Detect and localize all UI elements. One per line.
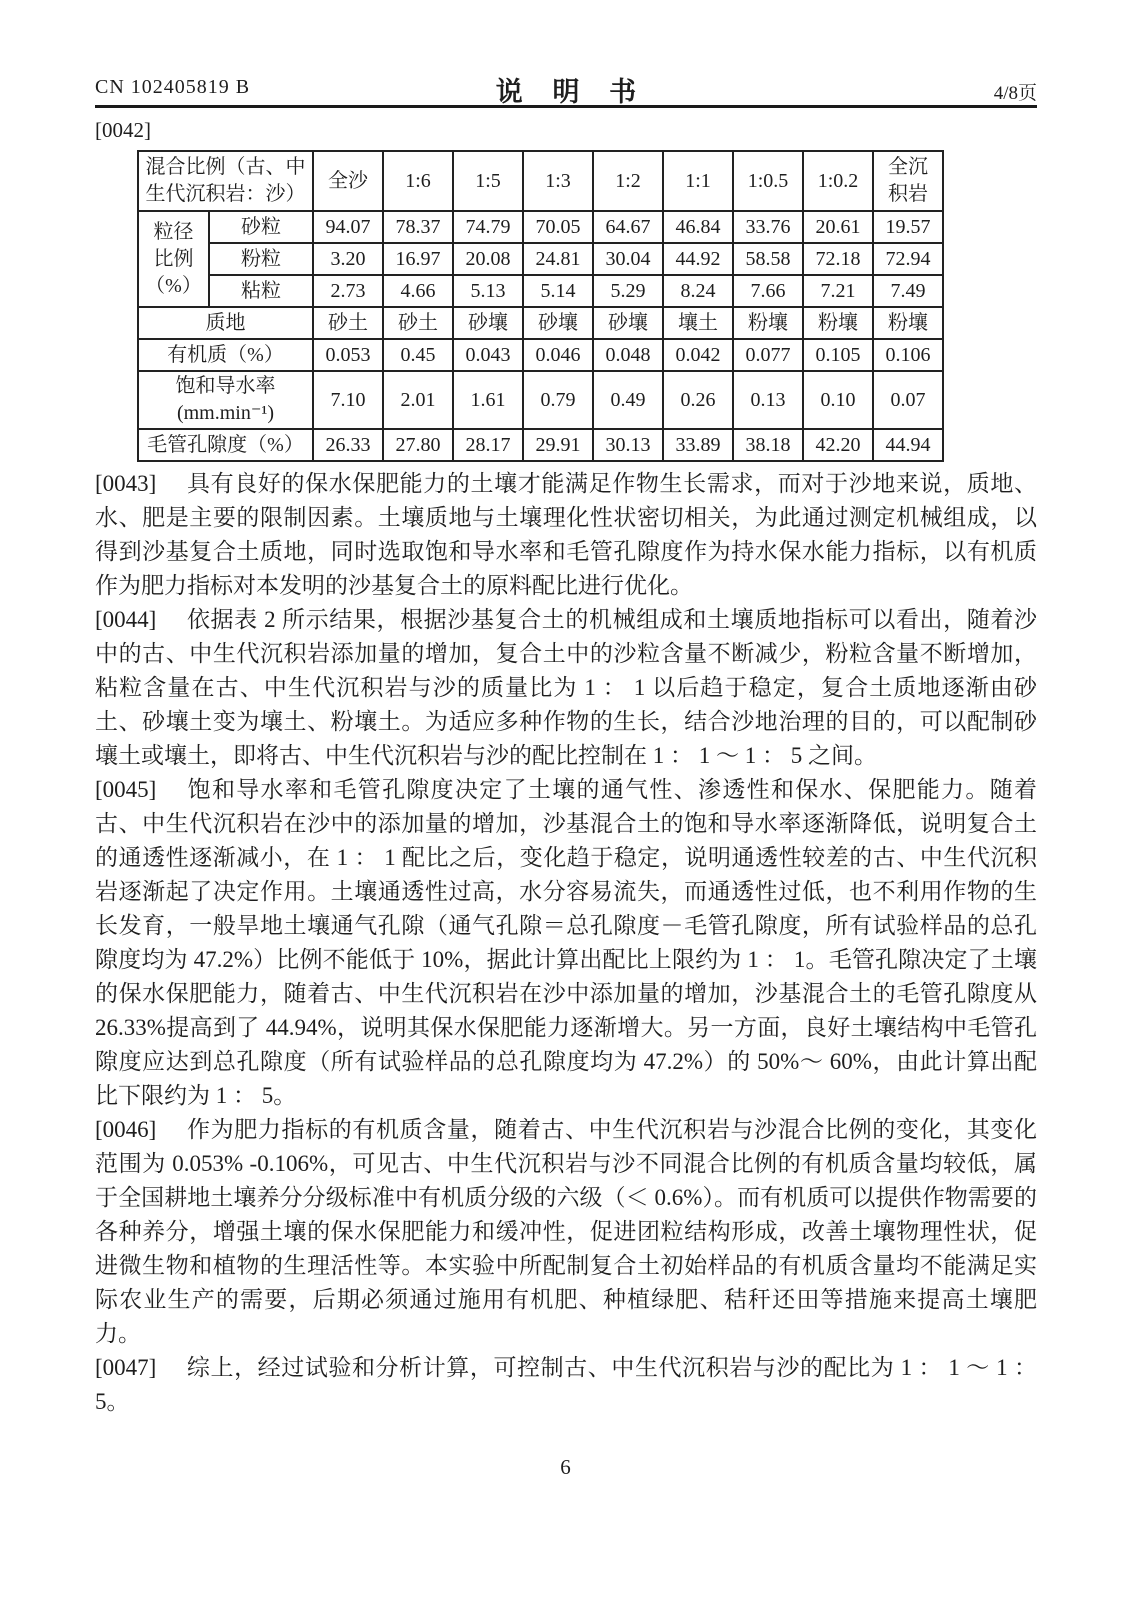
table-cell: 粉壤 xyxy=(733,307,803,339)
table-cell: 33.89 xyxy=(663,429,733,461)
column-header: 1:5 xyxy=(453,151,523,211)
paragraph-text: 综上，经过试验和分析计算，可控制古、中生代沉积岩与沙的配比为 1 ： 1 ～ 1… xyxy=(95,1355,1037,1414)
table-cell: 0.07 xyxy=(873,371,943,429)
table-cell: 7.49 xyxy=(873,275,943,307)
table-cell: 7.66 xyxy=(733,275,803,307)
table-cell: 72.18 xyxy=(803,243,873,275)
table-corner-label: 混合比例（古、中 生代沉积岩：沙） xyxy=(138,151,313,211)
table-cell: 2.73 xyxy=(313,275,383,307)
table-cell: 3.20 xyxy=(313,243,383,275)
table-cell: 74.79 xyxy=(453,211,523,243)
paragraph-tag: [0045] xyxy=(95,773,156,807)
row-label: 粘粒 xyxy=(209,275,313,307)
paragraph-0043: [0043]具有良好的保水保肥能力的土壤才能满足作物生长需求，而对于沙地来说，质… xyxy=(95,467,1037,603)
column-header: 1:0.2 xyxy=(803,151,873,211)
particle-group-label: 粒径 比例 （%） xyxy=(138,211,209,307)
paragraph-text: 依据表 2 所示结果，根据沙基复合土的机械组成和土壤质地指标可以看出，随着沙中的… xyxy=(95,607,1037,768)
table-cell: 94.07 xyxy=(313,211,383,243)
column-header: 1:3 xyxy=(523,151,593,211)
table-cell: 0.26 xyxy=(663,371,733,429)
document-title: 说明书 xyxy=(95,70,1037,109)
table-row-texture: 质地 砂土 砂土 砂壤 砂壤 砂壤 壤土 粉壤 粉壤 粉壤 xyxy=(138,307,943,339)
page-header: CN 102405819 B 说明书 4/8页 xyxy=(95,70,1037,104)
page-number: 6 xyxy=(0,1455,1131,1480)
table-cell: 4.66 xyxy=(383,275,453,307)
paragraph-tag-0042: [0042] xyxy=(95,118,151,143)
paragraph-0046: [0046]作为肥力指标的有机质含量，随着古、中生代沉积岩与沙混合比例的变化，其… xyxy=(95,1113,1037,1351)
table-cell: 8.24 xyxy=(663,275,733,307)
table-cell: 0.042 xyxy=(663,339,733,371)
paragraph-tag: [0044] xyxy=(95,603,156,637)
table-cell: 44.94 xyxy=(873,429,943,461)
table-cell: 粉壤 xyxy=(873,307,943,339)
column-header: 1:6 xyxy=(383,151,453,211)
table-cell: 砂壤 xyxy=(593,307,663,339)
table-cell: 19.57 xyxy=(873,211,943,243)
paragraph-tag: [0047] xyxy=(95,1351,156,1385)
table-cell: 0.105 xyxy=(803,339,873,371)
table-cell: 0.79 xyxy=(523,371,593,429)
table-cell: 粉壤 xyxy=(803,307,873,339)
table-cell: 30.13 xyxy=(593,429,663,461)
table-cell: 壤土 xyxy=(663,307,733,339)
table-cell: 0.053 xyxy=(313,339,383,371)
table-cell: 72.94 xyxy=(873,243,943,275)
table-row-sand-particle: 粒径 比例 （%） 砂粒 94.07 78.37 74.79 70.05 64.… xyxy=(138,211,943,243)
table-row-organic-matter: 有机质（%） 0.053 0.45 0.043 0.046 0.048 0.04… xyxy=(138,339,943,371)
table-row-capillary-porosity: 毛管孔隙度（%） 26.33 27.80 28.17 29.91 30.13 3… xyxy=(138,429,943,461)
table-cell: 38.18 xyxy=(733,429,803,461)
table-cell: 78.37 xyxy=(383,211,453,243)
table-cell: 30.04 xyxy=(593,243,663,275)
table-cell: 20.61 xyxy=(803,211,873,243)
table-cell: 砂土 xyxy=(383,307,453,339)
paragraph-0047: [0047]综上，经过试验和分析计算，可控制古、中生代沉积岩与沙的配比为 1 ：… xyxy=(95,1351,1037,1419)
column-header: 全沙 xyxy=(313,151,383,211)
table-cell: 16.97 xyxy=(383,243,453,275)
table-cell: 砂壤 xyxy=(523,307,593,339)
table-row-hydraulic-conductivity: 饱和导水率 (mm.min⁻¹) 7.10 2.01 1.61 0.79 0.4… xyxy=(138,371,943,429)
table-cell: 26.33 xyxy=(313,429,383,461)
page-indicator: 4/8页 xyxy=(994,78,1037,105)
table-cell: 58.58 xyxy=(733,243,803,275)
table-cell: 0.048 xyxy=(593,339,663,371)
header-divider xyxy=(95,105,1037,108)
column-header: 1:1 xyxy=(663,151,733,211)
paragraph-text: 作为肥力指标的有机质含量，随着古、中生代沉积岩与沙混合比例的变化，其变化范围为 … xyxy=(95,1117,1037,1346)
table-header-row: 混合比例（古、中 生代沉积岩：沙） 全沙 1:6 1:5 1:3 1:2 1:1… xyxy=(138,151,943,211)
table-cell: 5.13 xyxy=(453,275,523,307)
row-label: 砂粒 xyxy=(209,211,313,243)
paragraph-0044: [0044]依据表 2 所示结果，根据沙基复合土的机械组成和土壤质地指标可以看出… xyxy=(95,603,1037,773)
table-cell: 64.67 xyxy=(593,211,663,243)
table-cell: 29.91 xyxy=(523,429,593,461)
table-cell: 7.10 xyxy=(313,371,383,429)
table-cell: 5.14 xyxy=(523,275,593,307)
table-cell: 46.84 xyxy=(663,211,733,243)
table-cell: 44.92 xyxy=(663,243,733,275)
column-header: 全沉 积岩 xyxy=(873,151,943,211)
row-label: 毛管孔隙度（%） xyxy=(138,429,313,461)
table-cell: 70.05 xyxy=(523,211,593,243)
column-header: 1:2 xyxy=(593,151,663,211)
table-cell: 28.17 xyxy=(453,429,523,461)
table-cell: 33.76 xyxy=(733,211,803,243)
table-cell: 20.08 xyxy=(453,243,523,275)
table-cell: 0.45 xyxy=(383,339,453,371)
row-label: 质地 xyxy=(138,307,313,339)
column-header: 1:0.5 xyxy=(733,151,803,211)
table-cell: 砂土 xyxy=(313,307,383,339)
table-cell: 24.81 xyxy=(523,243,593,275)
paragraph-tag: [0043] xyxy=(95,467,156,501)
table-cell: 1.61 xyxy=(453,371,523,429)
table-cell: 5.29 xyxy=(593,275,663,307)
soil-mixture-table: 混合比例（古、中 生代沉积岩：沙） 全沙 1:6 1:5 1:3 1:2 1:1… xyxy=(137,150,944,462)
table-row-silt-particle: 粉粒 3.20 16.97 20.08 24.81 30.04 44.92 58… xyxy=(138,243,943,275)
row-label: 饱和导水率 (mm.min⁻¹) xyxy=(138,371,313,429)
table-cell: 2.01 xyxy=(383,371,453,429)
table-cell: 27.80 xyxy=(383,429,453,461)
paragraph-text: 具有良好的保水保肥能力的土壤才能满足作物生长需求，而对于沙地来说，质地、水、肥是… xyxy=(95,471,1037,598)
table-cell: 7.21 xyxy=(803,275,873,307)
table-cell: 0.106 xyxy=(873,339,943,371)
row-label: 粉粒 xyxy=(209,243,313,275)
table-cell: 42.20 xyxy=(803,429,873,461)
table-cell: 0.49 xyxy=(593,371,663,429)
table-cell: 0.077 xyxy=(733,339,803,371)
table-row-clay-particle: 粘粒 2.73 4.66 5.13 5.14 5.29 8.24 7.66 7.… xyxy=(138,275,943,307)
paragraph-tag: [0046] xyxy=(95,1113,156,1147)
specification-body: [0043]具有良好的保水保肥能力的土壤才能满足作物生长需求，而对于沙地来说，质… xyxy=(95,467,1037,1419)
table-cell: 0.046 xyxy=(523,339,593,371)
row-label: 有机质（%） xyxy=(138,339,313,371)
table-cell: 0.10 xyxy=(803,371,873,429)
paragraph-0045: [0045]饱和导水率和毛管孔隙度决定了土壤的通气性、渗透性和保水、保肥能力。随… xyxy=(95,773,1037,1113)
table-cell: 砂壤 xyxy=(453,307,523,339)
paragraph-text: 饱和导水率和毛管孔隙度决定了土壤的通气性、渗透性和保水、保肥能力。随着古、中生代… xyxy=(95,777,1037,1108)
table-cell: 0.13 xyxy=(733,371,803,429)
table-cell: 0.043 xyxy=(453,339,523,371)
